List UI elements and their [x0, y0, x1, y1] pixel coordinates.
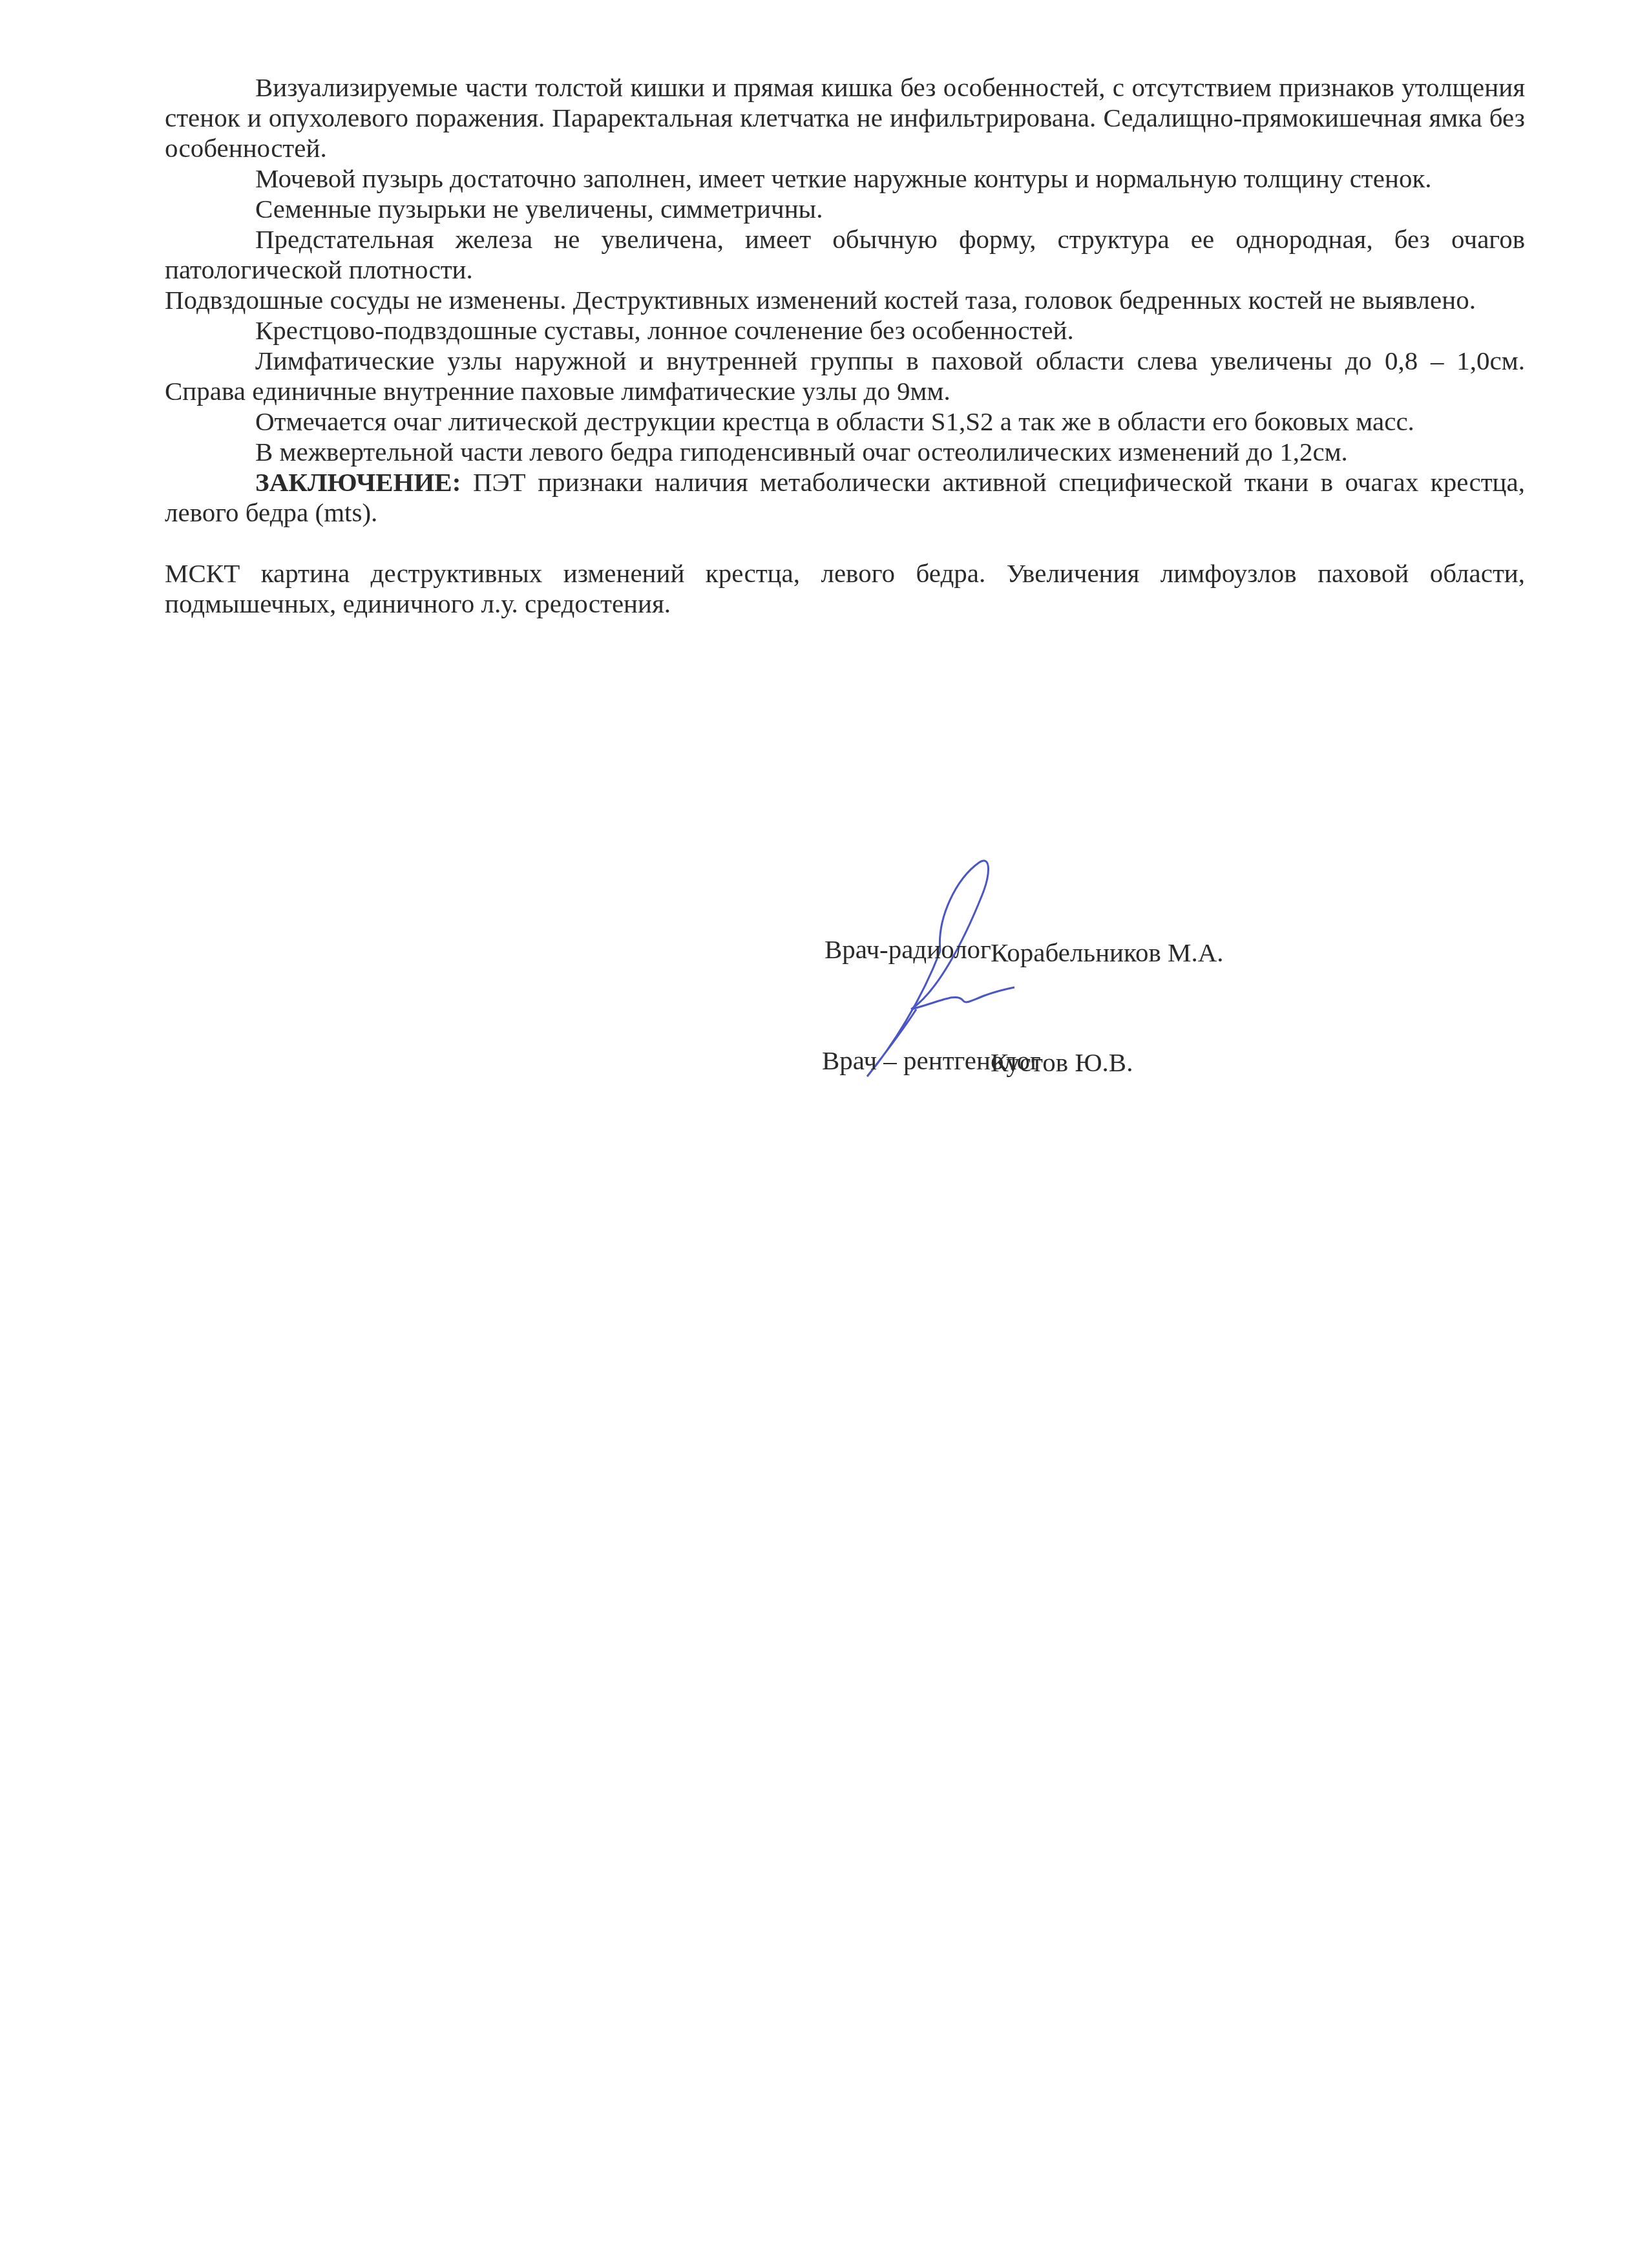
paragraph-sacroiliac: Крестцово-подвздошные суставы, лонное со…	[165, 315, 1525, 346]
paragraph-seminal-vesicles: Семенные пузырьки не увеличены, симметри…	[165, 194, 1525, 224]
paragraph-bladder: Мочевой пузырь достаточно заполнен, имее…	[165, 163, 1525, 194]
conclusion-paragraph: ЗАКЛЮЧЕНИЕ: ПЭТ признаки наличия метабол…	[165, 467, 1525, 528]
paragraph-sacrum-lesion: Отмечается очаг литической деструкции кр…	[165, 406, 1525, 437]
paragraph-prostate: Предстательная железа не увеличена, имее…	[165, 224, 1525, 285]
paragraph-colon: Визуализируемые части толстой кишки и пр…	[165, 72, 1525, 163]
msct-summary: МСКТ картина деструктивных изменений кре…	[165, 558, 1525, 619]
signature-name-roentgenologist: Кустов Ю.В.	[991, 1047, 1133, 1078]
signature-role-radiologist: Врач-радиолог	[824, 934, 991, 965]
paragraph-lymph-nodes: Лимфатические узлы наружной и внутренней…	[165, 346, 1525, 406]
conclusion-label: ЗАКЛЮЧЕНИЕ:	[255, 467, 461, 497]
handwritten-signature-icon	[808, 840, 1583, 1137]
paragraph-femur-lesion: В межвертельной части левого бедра гипод…	[165, 437, 1525, 467]
paragraph-iliac-vessels: Подвздошные сосуды не изменены. Деструкт…	[165, 285, 1525, 315]
report-body: Визуализируемые части толстой кишки и пр…	[165, 72, 1525, 619]
signature-name-radiologist: Корабельников М.А.	[991, 937, 1224, 968]
spacer	[165, 528, 1525, 558]
